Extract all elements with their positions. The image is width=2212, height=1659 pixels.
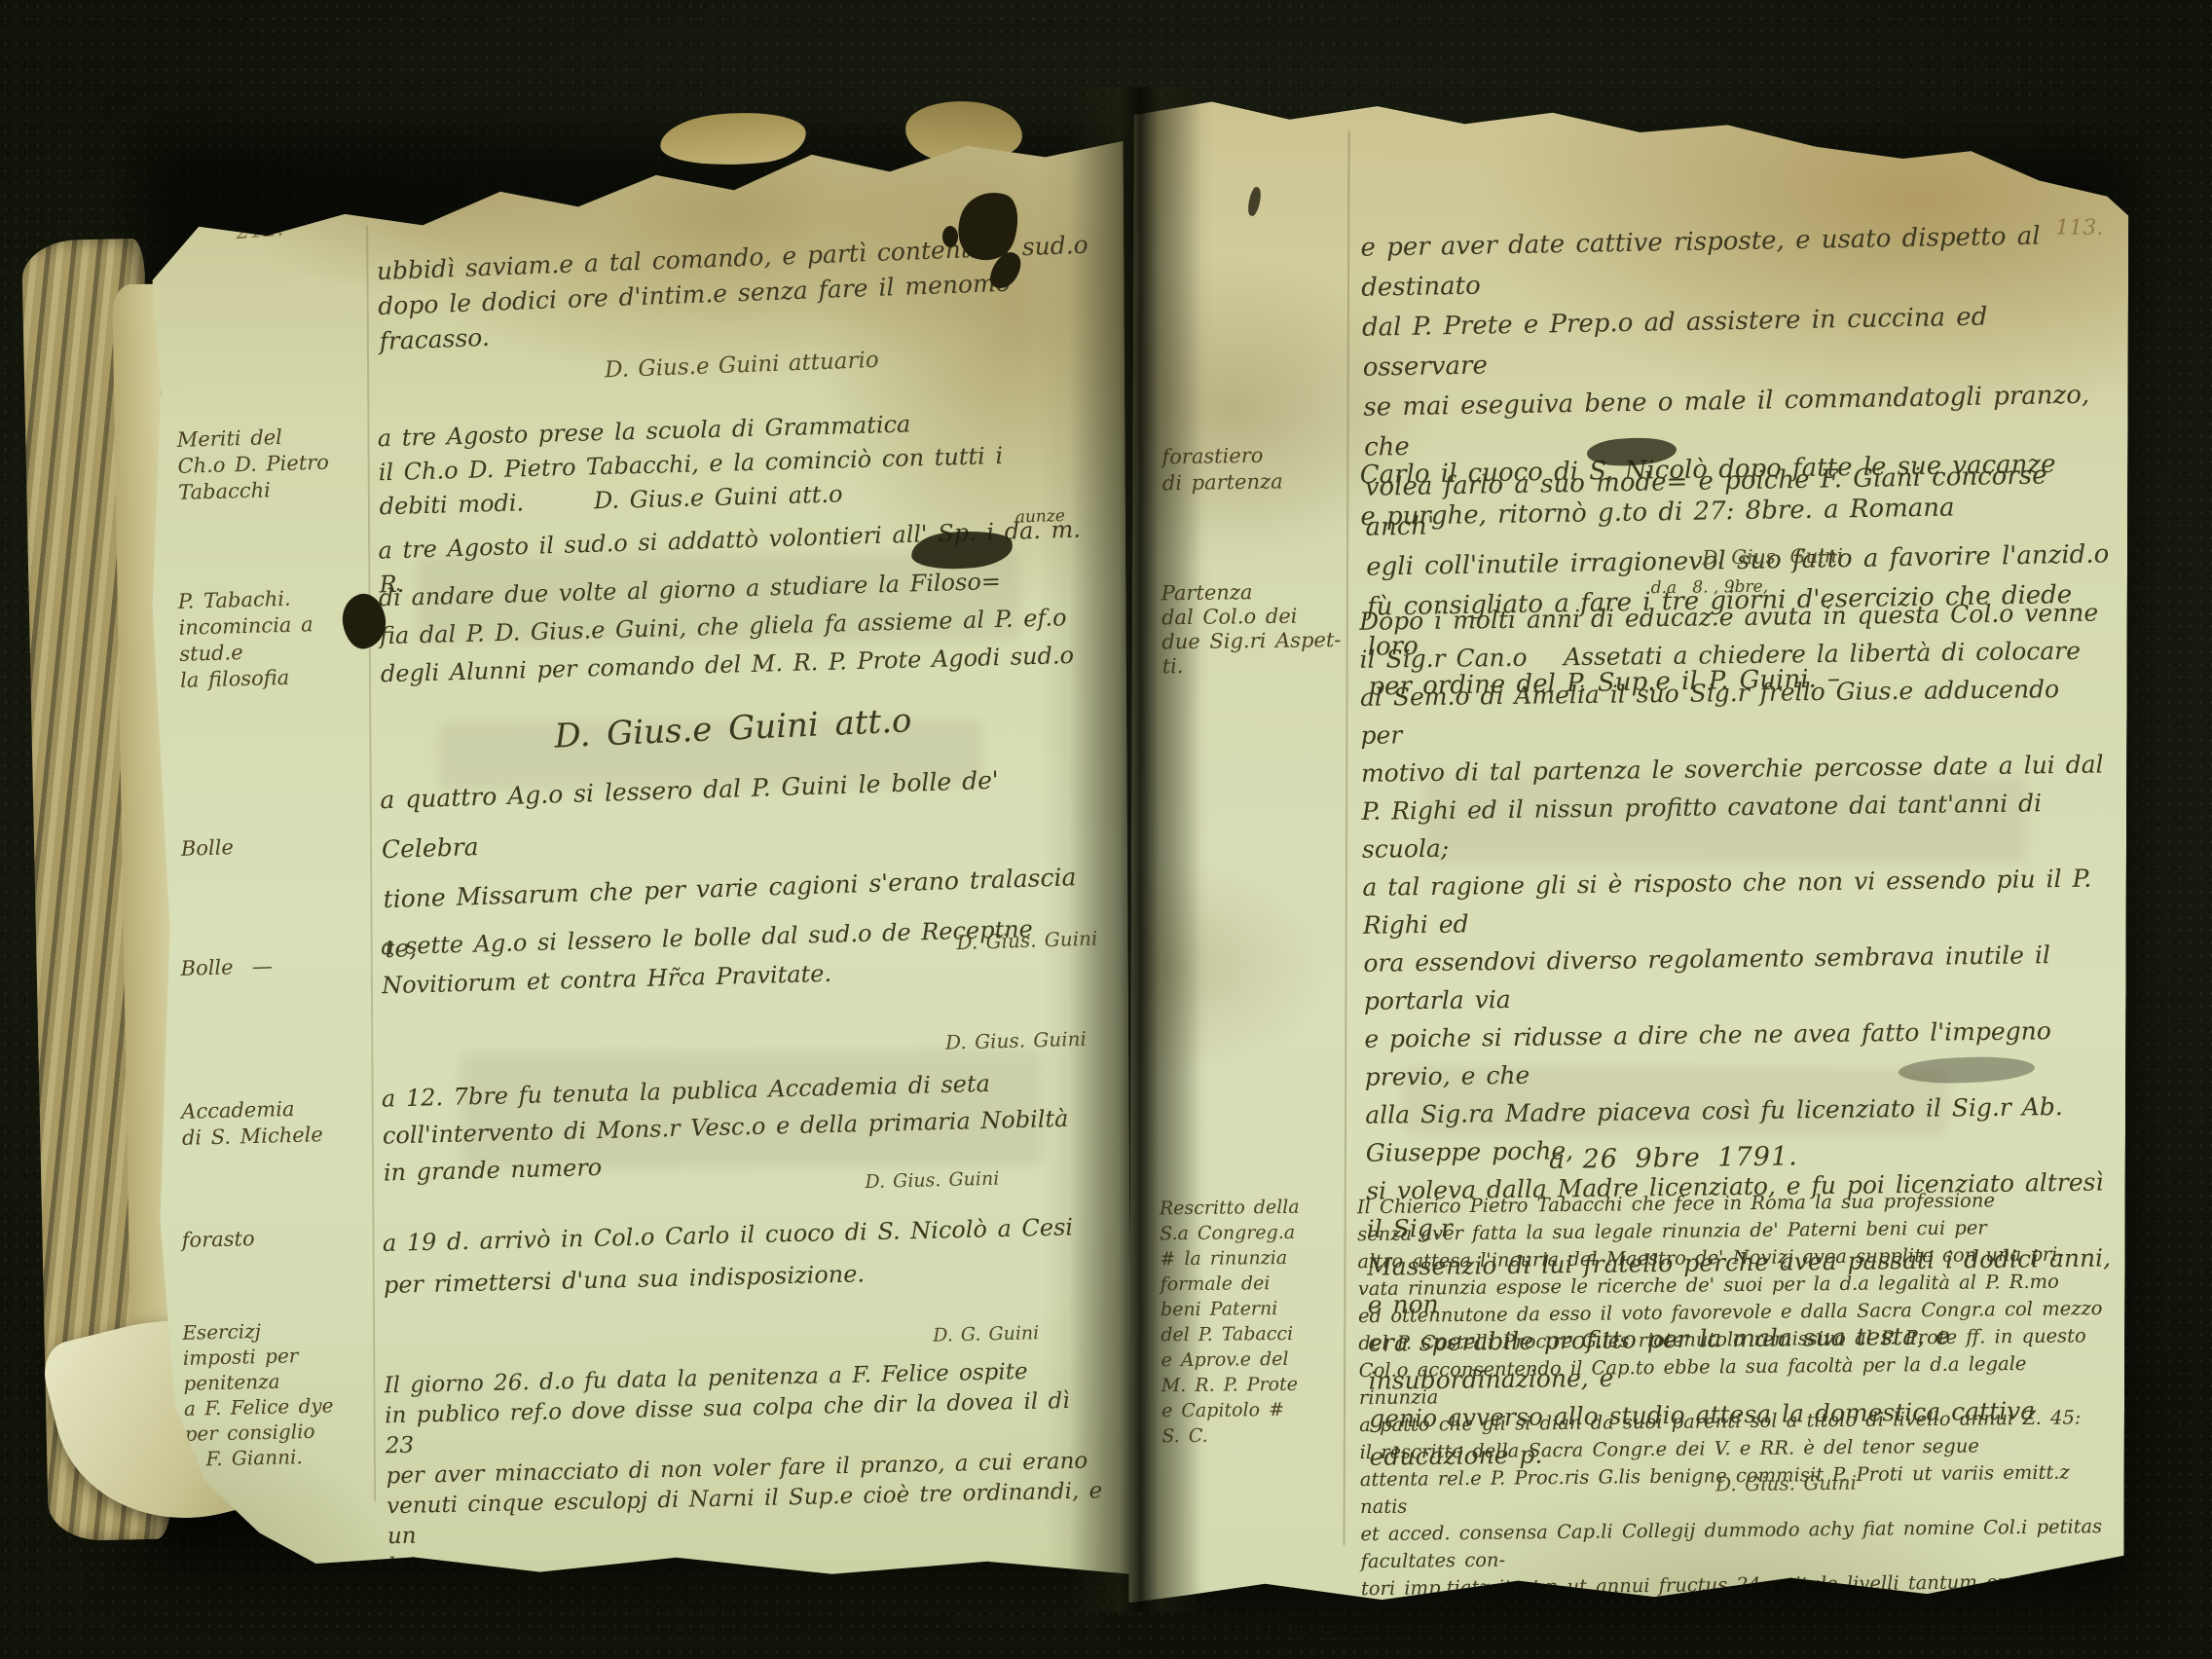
manuscript-line: dal Col.o dei — [1161, 604, 1359, 630]
entry-lines: a 19 d. arrivò in Col.o Carlo il cuoco d… — [382, 1206, 1106, 1307]
manuscript-line: S.a Congreg.a — [1160, 1219, 1357, 1246]
manuscript-entry: Bolle — a sette Ag.o si lessero le bolle… — [180, 907, 1107, 1083]
manuscript-line: Col.o acconsentendo il Cap.to ebbe la su… — [1359, 1349, 2105, 1412]
manuscript-line: ora essendovi diverso regolamento sembra… — [1363, 935, 2109, 1019]
manuscript-line: Rescritto della — [1160, 1194, 1357, 1221]
margin-note — [175, 254, 381, 404]
interlinear-correction: d.a 8. , 9bre, — [1650, 569, 1768, 608]
manuscript-line: due Sig.ri Aspet- — [1161, 628, 1359, 654]
entry-lines: Il giorno 26. d.o fu data la penitenza a… — [384, 1355, 1111, 1582]
manuscript-line: di partenza — [1162, 467, 1360, 497]
manuscript-line: # la rinunzia — [1160, 1244, 1357, 1272]
manuscript-entry: P. Tabachi.incomincia a stud.ela filosof… — [177, 560, 1103, 699]
manuscript-line: e poiche si ridusse a dire che ne avea f… — [1364, 1011, 2110, 1095]
margin-note: Meriti delCh.o D. PietroTabacchi — [176, 422, 380, 530]
manuscript-line: forastiero — [1161, 441, 1359, 470]
manuscript-line: Bolle — — [180, 950, 382, 982]
manuscript-line: la filosofia — [180, 662, 382, 694]
manuscript-line: ti. — [1161, 652, 1359, 679]
manuscript-line: del P. Tabacci — [1161, 1320, 1358, 1347]
manuscript-line: di S. Michele — [182, 1121, 384, 1152]
manuscript-entry: Esercizjimposti perpenitenzaa F. Felice … — [182, 1300, 1111, 1587]
margin-note: Bolle — — [180, 927, 385, 1083]
margin-note: Accademiadi S. Michele — [181, 1081, 385, 1218]
margin-note: Rescritto dellaS.a Congreg.a# la rinunzi… — [1160, 1194, 1362, 1632]
right-page: 113. e per aver date cattive risposte, e… — [1128, 92, 2128, 1606]
manuscript-line: a F. Gianni. — [185, 1442, 387, 1471]
manuscript-entry: Meriti delCh.o D. PietroTabacchi a tre A… — [176, 402, 1101, 530]
manuscript-line: M. R. P. Prote — [1161, 1371, 1359, 1398]
ink-blot — [942, 226, 958, 247]
manuscript-line: S. C. — [1161, 1421, 1359, 1449]
manuscript-line: dal P. Prete e Prep.o ad assistere in cu… — [1362, 295, 2108, 387]
manuscript-entry: Rescritto dellaS.a Congreg.a# la rinunzi… — [1160, 1186, 2107, 1632]
manuscript-line: Bolle — [180, 829, 382, 863]
manuscript-line: forasto — [181, 1223, 383, 1254]
interlinear-correction: aunze — [1014, 499, 1065, 535]
manuscript-line: P. Righi ed il nissun profitto cavatone … — [1361, 783, 2107, 867]
manuscript-line: et acced. consensa Cap.li Collegij dummo… — [1360, 1513, 2106, 1575]
manuscript-line: Partenza — [1161, 579, 1359, 606]
manuscript-line: beni Paterni — [1161, 1295, 1358, 1322]
manuscript-entry: ubbidì saviam.e a tal comando, e partì c… — [175, 227, 1103, 403]
manuscript-photo: 212. ubbidì saviam.e a tal comando, e pa… — [0, 0, 2212, 1659]
manuscript-line: e per aver date cattive risposte, e usat… — [1360, 215, 2106, 308]
manuscript-line: e Capitolo # — [1161, 1396, 1359, 1423]
manuscript-line: attenta rel.e P. Proc.ris G.lis benigne … — [1360, 1458, 2106, 1521]
entry-lines: Il Chierico Pietro Tabacchi che fece in … — [1357, 1186, 2107, 1630]
date-heading: a 26 9bre 1791. — [1549, 1141, 1798, 1175]
manuscript-line: al Sem.o di Amelia il suo Sig.r frello G… — [1360, 669, 2106, 754]
entry-lines: a tre Agosto prese la scuola di Grammati… — [377, 402, 1102, 524]
manuscript-line: Tabacchi — [178, 474, 380, 506]
left-page: 212. ubbidì saviam.e a tal comando, e pa… — [141, 94, 1131, 1580]
manuscript-line: e Aprov.e del — [1161, 1346, 1358, 1373]
manuscript-line: formale dei — [1161, 1270, 1358, 1297]
manuscript-line: a tal ragione gli si è risposto che non … — [1362, 859, 2108, 943]
entry-lines: di andare due volte al giorno a studiare… — [378, 560, 1103, 693]
entry-lines: Carlo il cuoco di S. Nicolò dopo fatte l… — [1359, 443, 2105, 538]
margin-note: forastierodi partenza — [1161, 441, 1361, 587]
manuscript-entry: Accademiadi S. Michele a 12. 7bre fu ten… — [181, 1062, 1107, 1218]
